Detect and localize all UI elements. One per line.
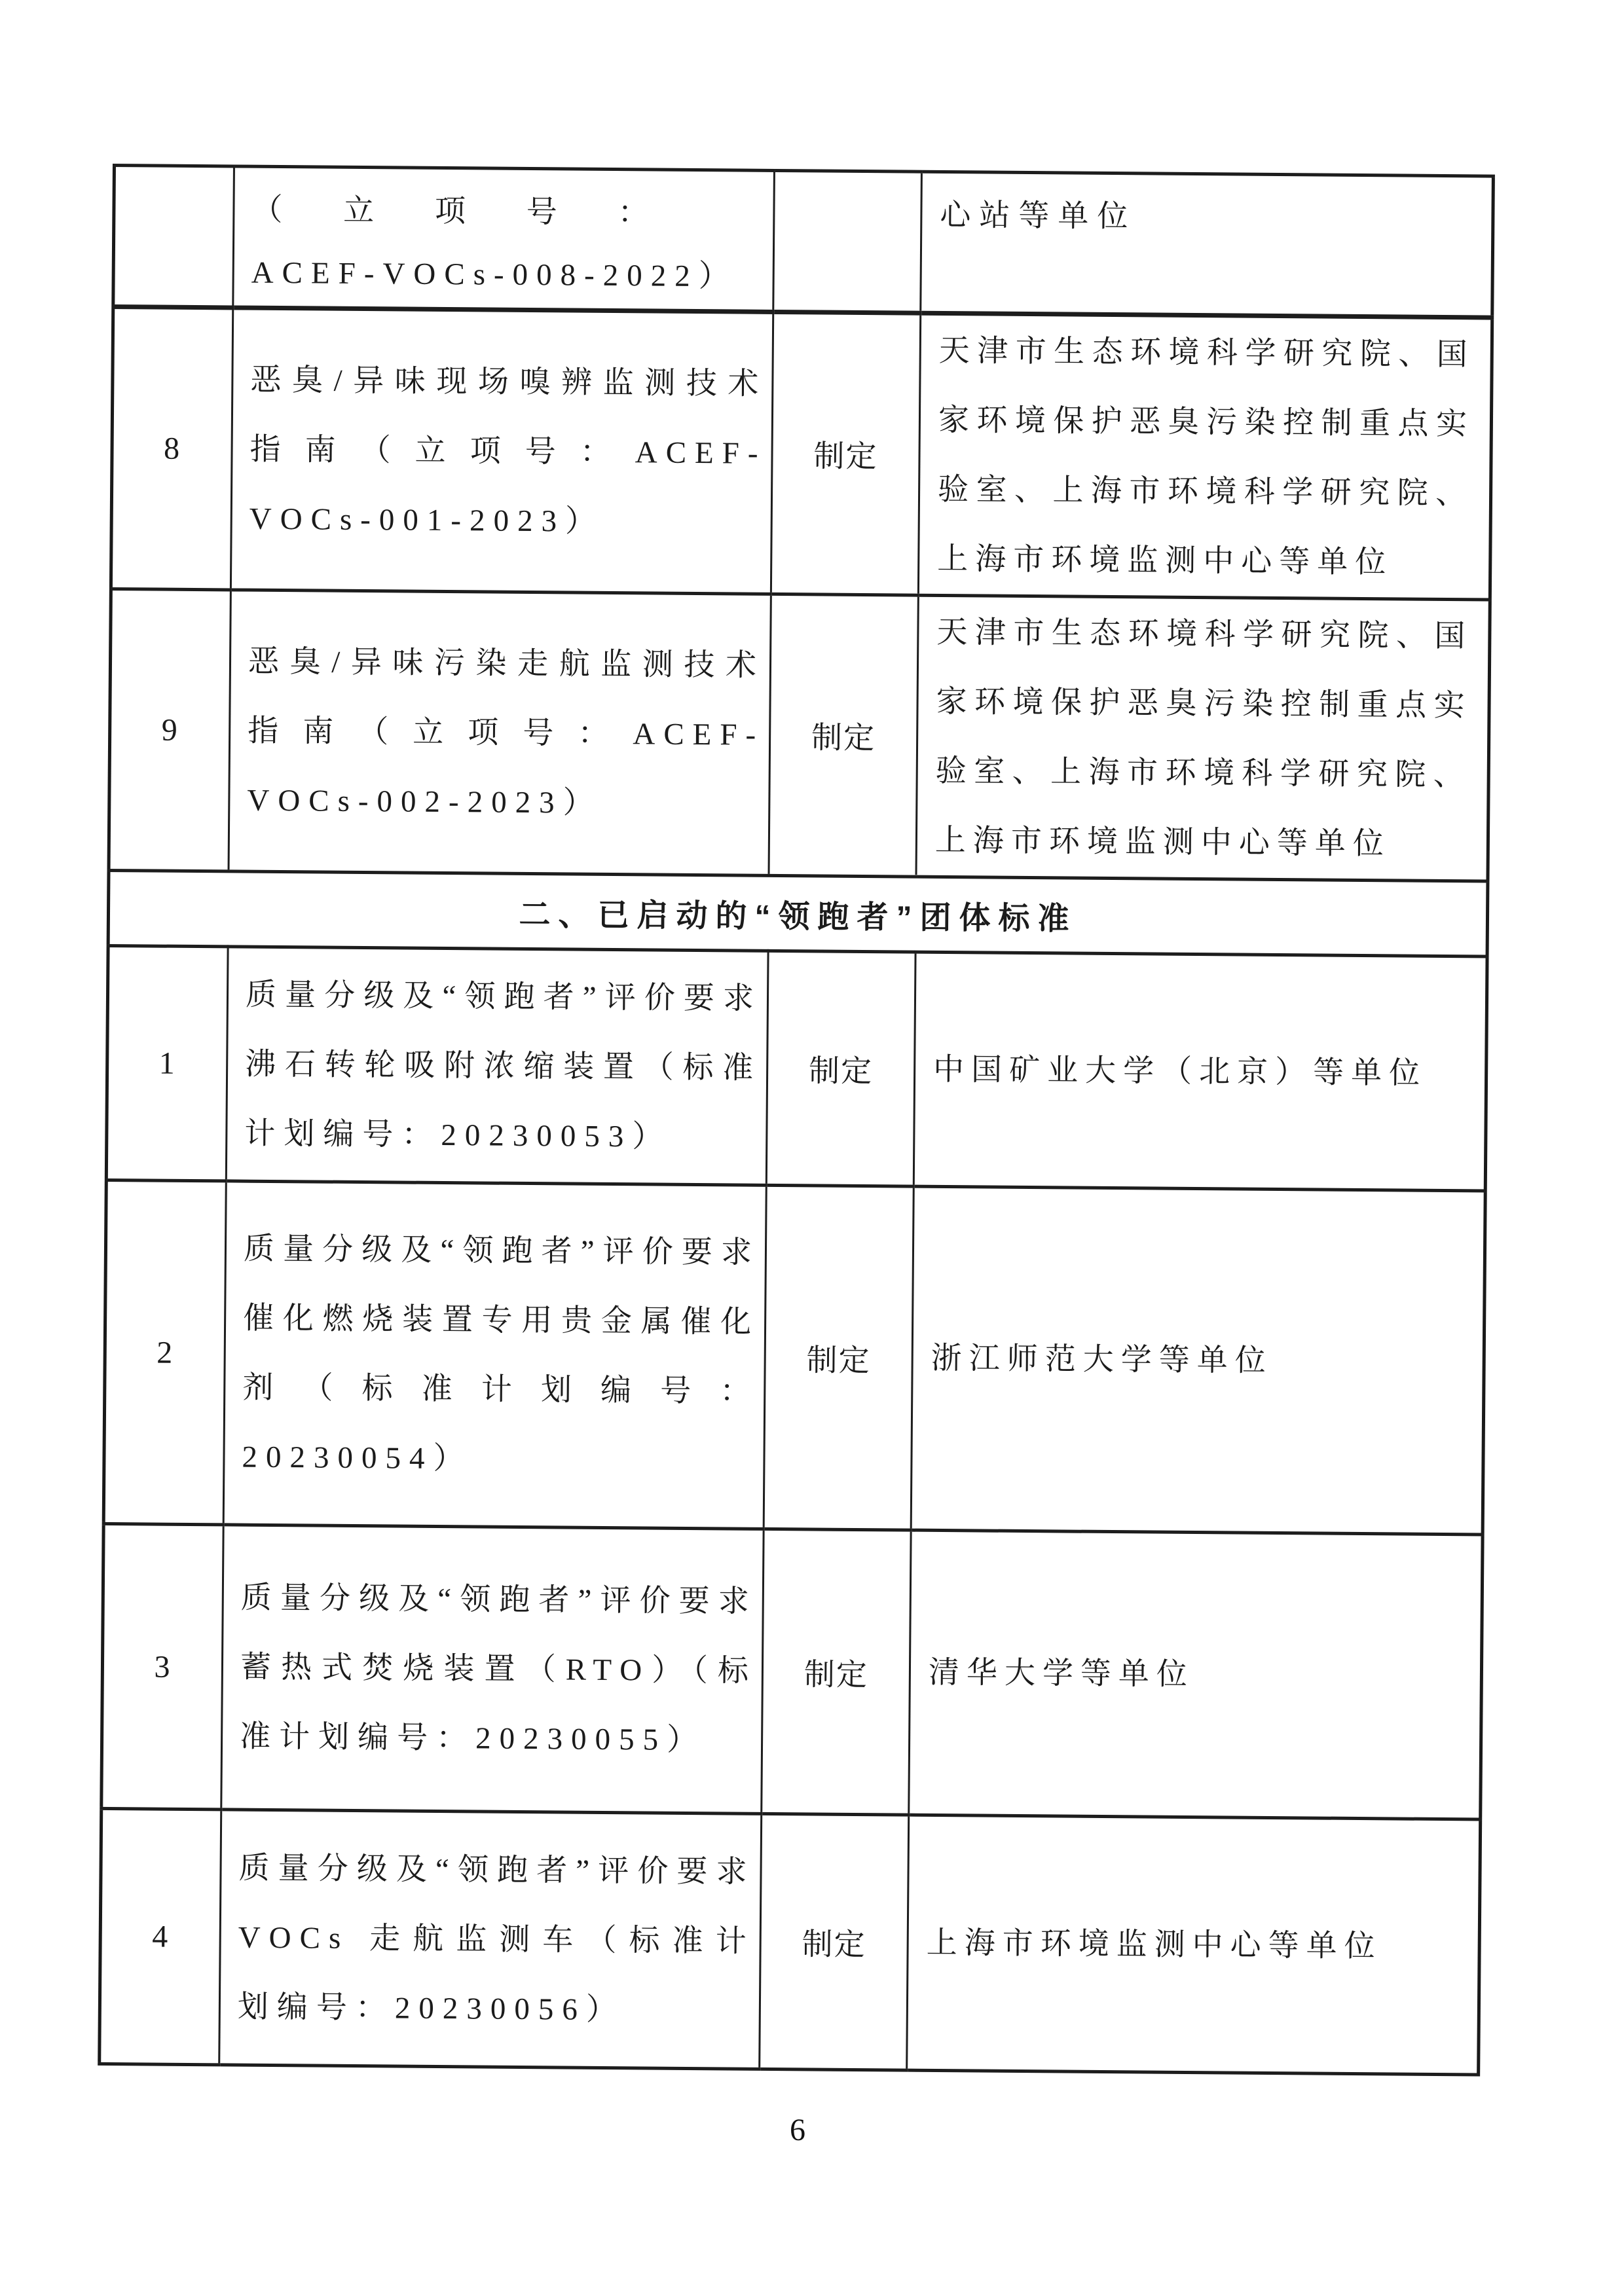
cell-seq-number: 4 (100, 1808, 221, 2064)
cell-seq-number: 1 (106, 945, 228, 1180)
standard-name-line1: （立项号： (251, 179, 769, 246)
standard-name-line2: ACEF-VOCs-008-2022） (251, 242, 768, 308)
cell-drafting-units: 清华大学等单位 (909, 1530, 1483, 1819)
scanned-document-page: （立项号： ACEF-VOCs-008-2022） 心站等单位 8 恶臭/异味现… (0, 0, 1624, 2296)
cell-standard-name: （立项号： ACEF-VOCs-008-2022） (233, 166, 775, 312)
table-row-leader-3: 3 质量分级及“领跑者”评价要求 蓄热式焚烧装置（RTO）（标准计划编号：202… (101, 1523, 1483, 1819)
drafting-units-text: 天津市生态环境科学研究院、国家环境保护恶臭污染控制重点实验室、上海市环境科学研究… (935, 597, 1473, 879)
cell-revision-type: 制定 (769, 594, 918, 877)
standard-name: 质量分级及“领跑者”评价要求 蓄热式焚烧装置（RTO）（标准计划编号：20230… (240, 1563, 758, 1776)
cell-revision-type-empty (773, 170, 922, 313)
cell-standard-name: 恶臭/异味现场嗅辨监测技术指南（立项号：ACEF-VOCs-001-2023） (231, 308, 773, 594)
table-row-9: 9 恶臭/异味污染走航监测技术指南（立项号：ACEF-VOCs-002-2023… (109, 589, 1490, 881)
cell-revision-type: 制定 (771, 312, 920, 595)
revision-type: 制定 (804, 1658, 868, 1692)
revision-type: 制定 (802, 1927, 866, 1962)
revision-type: 制定 (809, 1054, 873, 1089)
drafting-units-text: 清华大学等单位 (929, 1638, 1465, 1711)
cell-seq-number: 8 (111, 307, 232, 590)
cell-drafting-units: 天津市生态环境科学研究院、国家环境保护恶臭污染控制重点实验室、上海市环境科学研究… (918, 313, 1492, 600)
standard-name: 质量分级及“领跑者”评价要求 沸石转轮吸附浓缩装置（标准计划编号：2023005… (244, 960, 762, 1172)
table-row-carryover: （立项号： ACEF-VOCs-008-2022） 心站等单位 (113, 166, 1494, 318)
standard-name: 质量分级及“领跑者”评价要求 催化燃烧装置专用贵金属催化剂（标准计划编号：202… (242, 1214, 760, 1496)
drafting-units-text: 上海市环境监测中心等单位 (926, 1908, 1462, 1981)
cell-standard-name: 质量分级及“领跑者”评价要求 蓄热式焚烧装置（RTO）（标准计划编号：20230… (221, 1525, 764, 1813)
seq-number: 1 (159, 1046, 176, 1081)
standard-name: 恶臭/异味现场嗅辨监测技术指南（立项号：ACEF-VOCs-001-2023） (249, 345, 767, 557)
cell-drafting-units: 天津市生态环境科学研究院、国家环境保护恶臭污染控制重点实验室、上海市环境科学研究… (916, 595, 1490, 881)
cell-standard-name: 恶臭/异味污染走航监测技术指南（立项号：ACEF-VOCs-002-2023） (229, 590, 771, 875)
cell-seq-number-empty (113, 166, 234, 308)
standard-name: 质量分级及“领跑者”评价要求 VOCs 走航监测车（标准计划编号：2023005… (237, 1833, 755, 2045)
drafting-units-text: 浙江师范大学等单位 (931, 1324, 1467, 1397)
table-row-8: 8 恶臭/异味现场嗅辨监测技术指南（立项号：ACEF-VOCs-001-2023… (111, 307, 1492, 600)
seq-number: 8 (164, 431, 181, 466)
seq-number: 3 (154, 1649, 171, 1684)
cell-revision-type: 制定 (766, 951, 915, 1186)
drafting-units-text: 天津市生态环境科学研究院、国家环境保护恶臭污染控制重点实验室、上海市环境科学研究… (937, 316, 1475, 597)
cell-seq-number: 9 (109, 589, 231, 871)
cell-seq-number: 2 (103, 1180, 226, 1524)
page-number: 6 (771, 2112, 824, 2148)
seq-number: 2 (157, 1335, 174, 1370)
seq-number: 4 (152, 1920, 169, 1954)
table-row-leader-2: 2 质量分级及“领跑者”评价要求 催化燃烧装置专用贵金属催化剂（标准计划编号：2… (103, 1180, 1485, 1535)
cell-revision-type: 制定 (762, 1529, 911, 1815)
cell-drafting-units: 浙江师范大学等单位 (911, 1186, 1485, 1535)
revision-type: 制定 (811, 721, 876, 756)
revision-type: 制定 (813, 439, 877, 474)
seq-number: 9 (161, 713, 178, 748)
cell-drafting-units: 上海市环境监测中心等单位 (907, 1815, 1481, 2075)
cell-revision-type: 制定 (760, 1813, 909, 2070)
revision-type: 制定 (806, 1343, 870, 1378)
standard-name: 恶臭/异味污染走航监测技术指南（立项号：ACEF-VOCs-002-2023） (247, 627, 765, 839)
cell-revision-type: 制定 (764, 1185, 913, 1530)
table-row-leader-4: 4 质量分级及“领跑者”评价要求 VOCs 走航监测车（标准计划编号：20230… (100, 1808, 1481, 2075)
drafting-units-text: 中国矿业大学（北京）等单位 (933, 1034, 1469, 1108)
cell-standard-name: 质量分级及“领跑者”评价要求 VOCs 走航监测车（标准计划编号：2023005… (219, 1810, 762, 2069)
table-skew-wrap: （立项号： ACEF-VOCs-008-2022） 心站等单位 8 恶臭/异味现… (98, 164, 1492, 2076)
cell-drafting-units: 心站等单位 (921, 172, 1494, 318)
table-row-section-header: 二、已启动的“领跑者”团体标准 (108, 870, 1488, 957)
cell-drafting-units: 中国矿业大学（北京）等单位 (913, 952, 1487, 1191)
section-header-title: 二、已启动的“领跑者”团体标准 (108, 870, 1488, 957)
cell-standard-name: 质量分级及“领跑者”评价要求 沸石转轮吸附浓缩装置（标准计划编号：2023005… (226, 947, 768, 1185)
cell-seq-number: 3 (101, 1523, 223, 1809)
drafting-units-text: 心站等单位 (940, 184, 1476, 251)
standards-table: （立项号： ACEF-VOCs-008-2022） 心站等单位 8 恶臭/异味现… (98, 164, 1495, 2076)
cell-standard-name: 质量分级及“领跑者”评价要求 催化燃烧装置专用贵金属催化剂（标准计划编号：202… (223, 1181, 766, 1529)
table-row-leader-1: 1 质量分级及“领跑者”评价要求 沸石转轮吸附浓缩装置（标准计划编号：20230… (106, 945, 1487, 1191)
